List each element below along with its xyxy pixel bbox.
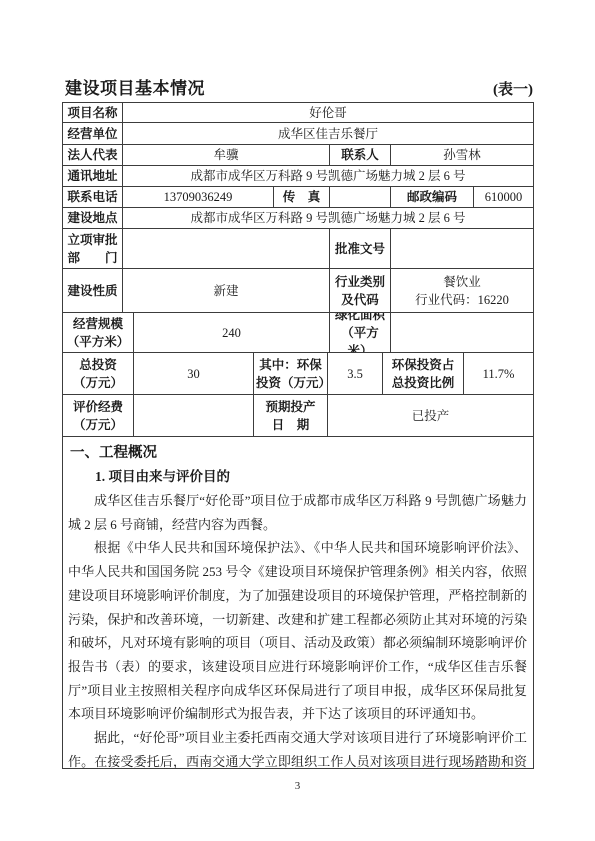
legal-representative-value: 牟骥 <box>123 145 330 166</box>
evaluation-fund-label: 评价经费 （万元） <box>63 395 134 437</box>
operating-unit-value: 成华区佳吉乐餐厅 <box>123 123 534 145</box>
sheet-label: (表一) <box>493 78 533 99</box>
evaluation-fund-value <box>134 395 254 437</box>
table-row: 经营规模 （平方米） 240 绿化面积 （平方米） <box>63 313 534 353</box>
env-investment-value: 3.5 <box>328 353 383 395</box>
document-page: 建设项目基本情况 (表一) 项目名称 好伦哥 经营单位 成华区佳吉乐餐厅 法人代… <box>0 0 595 841</box>
green-area-label: 绿化面积 （平方米） <box>330 313 391 353</box>
approval-number-label: 批准文号 <box>330 229 391 269</box>
construction-site-value: 成都市成华区万科路 9 号凯德广场魅力城 2 层 6 号 <box>123 208 534 229</box>
operating-scale-value: 240 <box>134 313 330 353</box>
green-area-value <box>391 313 534 353</box>
env-investment-ratio-value: 11.7% <box>464 353 534 395</box>
industry-category-value: 餐饮业 行业代码：16220 <box>391 269 534 313</box>
env-investment-label: 其中：环保 投资（万元） <box>254 353 328 395</box>
contact-person-value: 孙雪林 <box>391 145 534 166</box>
operating-scale-label: 经营规模 （平方米） <box>63 313 134 353</box>
contact-person-label: 联系人 <box>330 145 391 166</box>
approval-department-label: 立项审批 部 门 <box>63 229 123 269</box>
project-overview-cell: 一、工程概况 1. 项目由来与评价目的 成华区佳吉乐餐厅“好伦哥”项目位于成都市… <box>63 437 534 769</box>
table-row: 经营单位 成华区佳吉乐餐厅 <box>63 123 534 145</box>
page-number: 3 <box>0 780 595 792</box>
document-header: 建设项目基本情况 (表一) <box>62 74 533 99</box>
table-row: 项目名称 好伦哥 <box>63 103 534 123</box>
legal-representative-label: 法人代表 <box>63 145 123 166</box>
table-row: 立项审批 部 门 批准文号 <box>63 229 534 269</box>
fax-value <box>330 187 391 208</box>
project-name-value: 好伦哥 <box>123 103 534 123</box>
approval-number-value <box>391 229 534 269</box>
table-row: 总投资 （万元） 30 其中：环保 投资（万元） 3.5 环保投资占 总投资比例… <box>63 353 534 395</box>
total-investment-label: 总投资 （万元） <box>63 353 134 395</box>
total-investment-value: 30 <box>134 353 254 395</box>
section-heading: 一、工程概况 <box>68 441 527 465</box>
table-row: 通讯地址 成都市成华区万科路 9 号凯德广场魅力城 2 层 6 号 <box>63 166 534 187</box>
table-row: 建设地点 成都市成华区万科路 9 号凯德广场魅力城 2 层 6 号 <box>63 208 534 229</box>
project-info-table: 项目名称 好伦哥 经营单位 成华区佳吉乐餐厅 法人代表 牟骥 联系人 孙雪林 通… <box>62 102 534 769</box>
table-row: 法人代表 牟骥 联系人 孙雪林 <box>63 145 534 166</box>
industry-category-label: 行业类别 及代码 <box>330 269 391 313</box>
approval-department-value <box>123 229 330 269</box>
body-paragraph: 根据《中华人民共和国环境保护法》、《中华人民共和国环境影响评价法》、中华人民共和… <box>68 536 527 726</box>
table-row: 建设性质 新建 行业类别 及代码 餐饮业 行业代码：16220 <box>63 269 534 313</box>
construction-nature-label: 建设性质 <box>63 269 123 313</box>
project-name-label: 项目名称 <box>63 103 123 123</box>
expected-production-date-value: 已投产 <box>328 395 534 437</box>
postal-code-value: 610000 <box>474 187 534 208</box>
construction-site-label: 建设地点 <box>63 208 123 229</box>
table-row: 评价经费 （万元） 预期投产 日 期 已投产 <box>63 395 534 437</box>
subsection-heading: 1. 项目由来与评价目的 <box>68 465 527 489</box>
operating-unit-label: 经营单位 <box>63 123 123 145</box>
mailing-address-label: 通讯地址 <box>63 166 123 187</box>
postal-code-label: 邮政编码 <box>391 187 474 208</box>
body-paragraph: 成华区佳吉乐餐厅“好伦哥”项目位于成都市成华区万科路 9 号凯德广场魅力城 2 … <box>68 489 527 536</box>
table-row: 一、工程概况 1. 项目由来与评价目的 成华区佳吉乐餐厅“好伦哥”项目位于成都市… <box>63 437 534 769</box>
fax-label: 传 真 <box>274 187 330 208</box>
page-title: 建设项目基本情况 <box>62 74 205 99</box>
expected-production-date-label: 预期投产 日 期 <box>254 395 328 437</box>
body-paragraph: 据此，“好伦哥”项目业主委托西南交通大学对该项目进行了环境影响评价工作。在接受委… <box>68 726 527 769</box>
construction-nature-value: 新建 <box>123 269 330 313</box>
mailing-address-value: 成都市成华区万科路 9 号凯德广场魅力城 2 层 6 号 <box>123 166 534 187</box>
phone-label: 联系电话 <box>63 187 123 208</box>
env-investment-ratio-label: 环保投资占 总投资比例 <box>383 353 464 395</box>
phone-value: 13709036249 <box>123 187 274 208</box>
table-row: 联系电话 13709036249 传 真 邮政编码 610000 <box>63 187 534 208</box>
